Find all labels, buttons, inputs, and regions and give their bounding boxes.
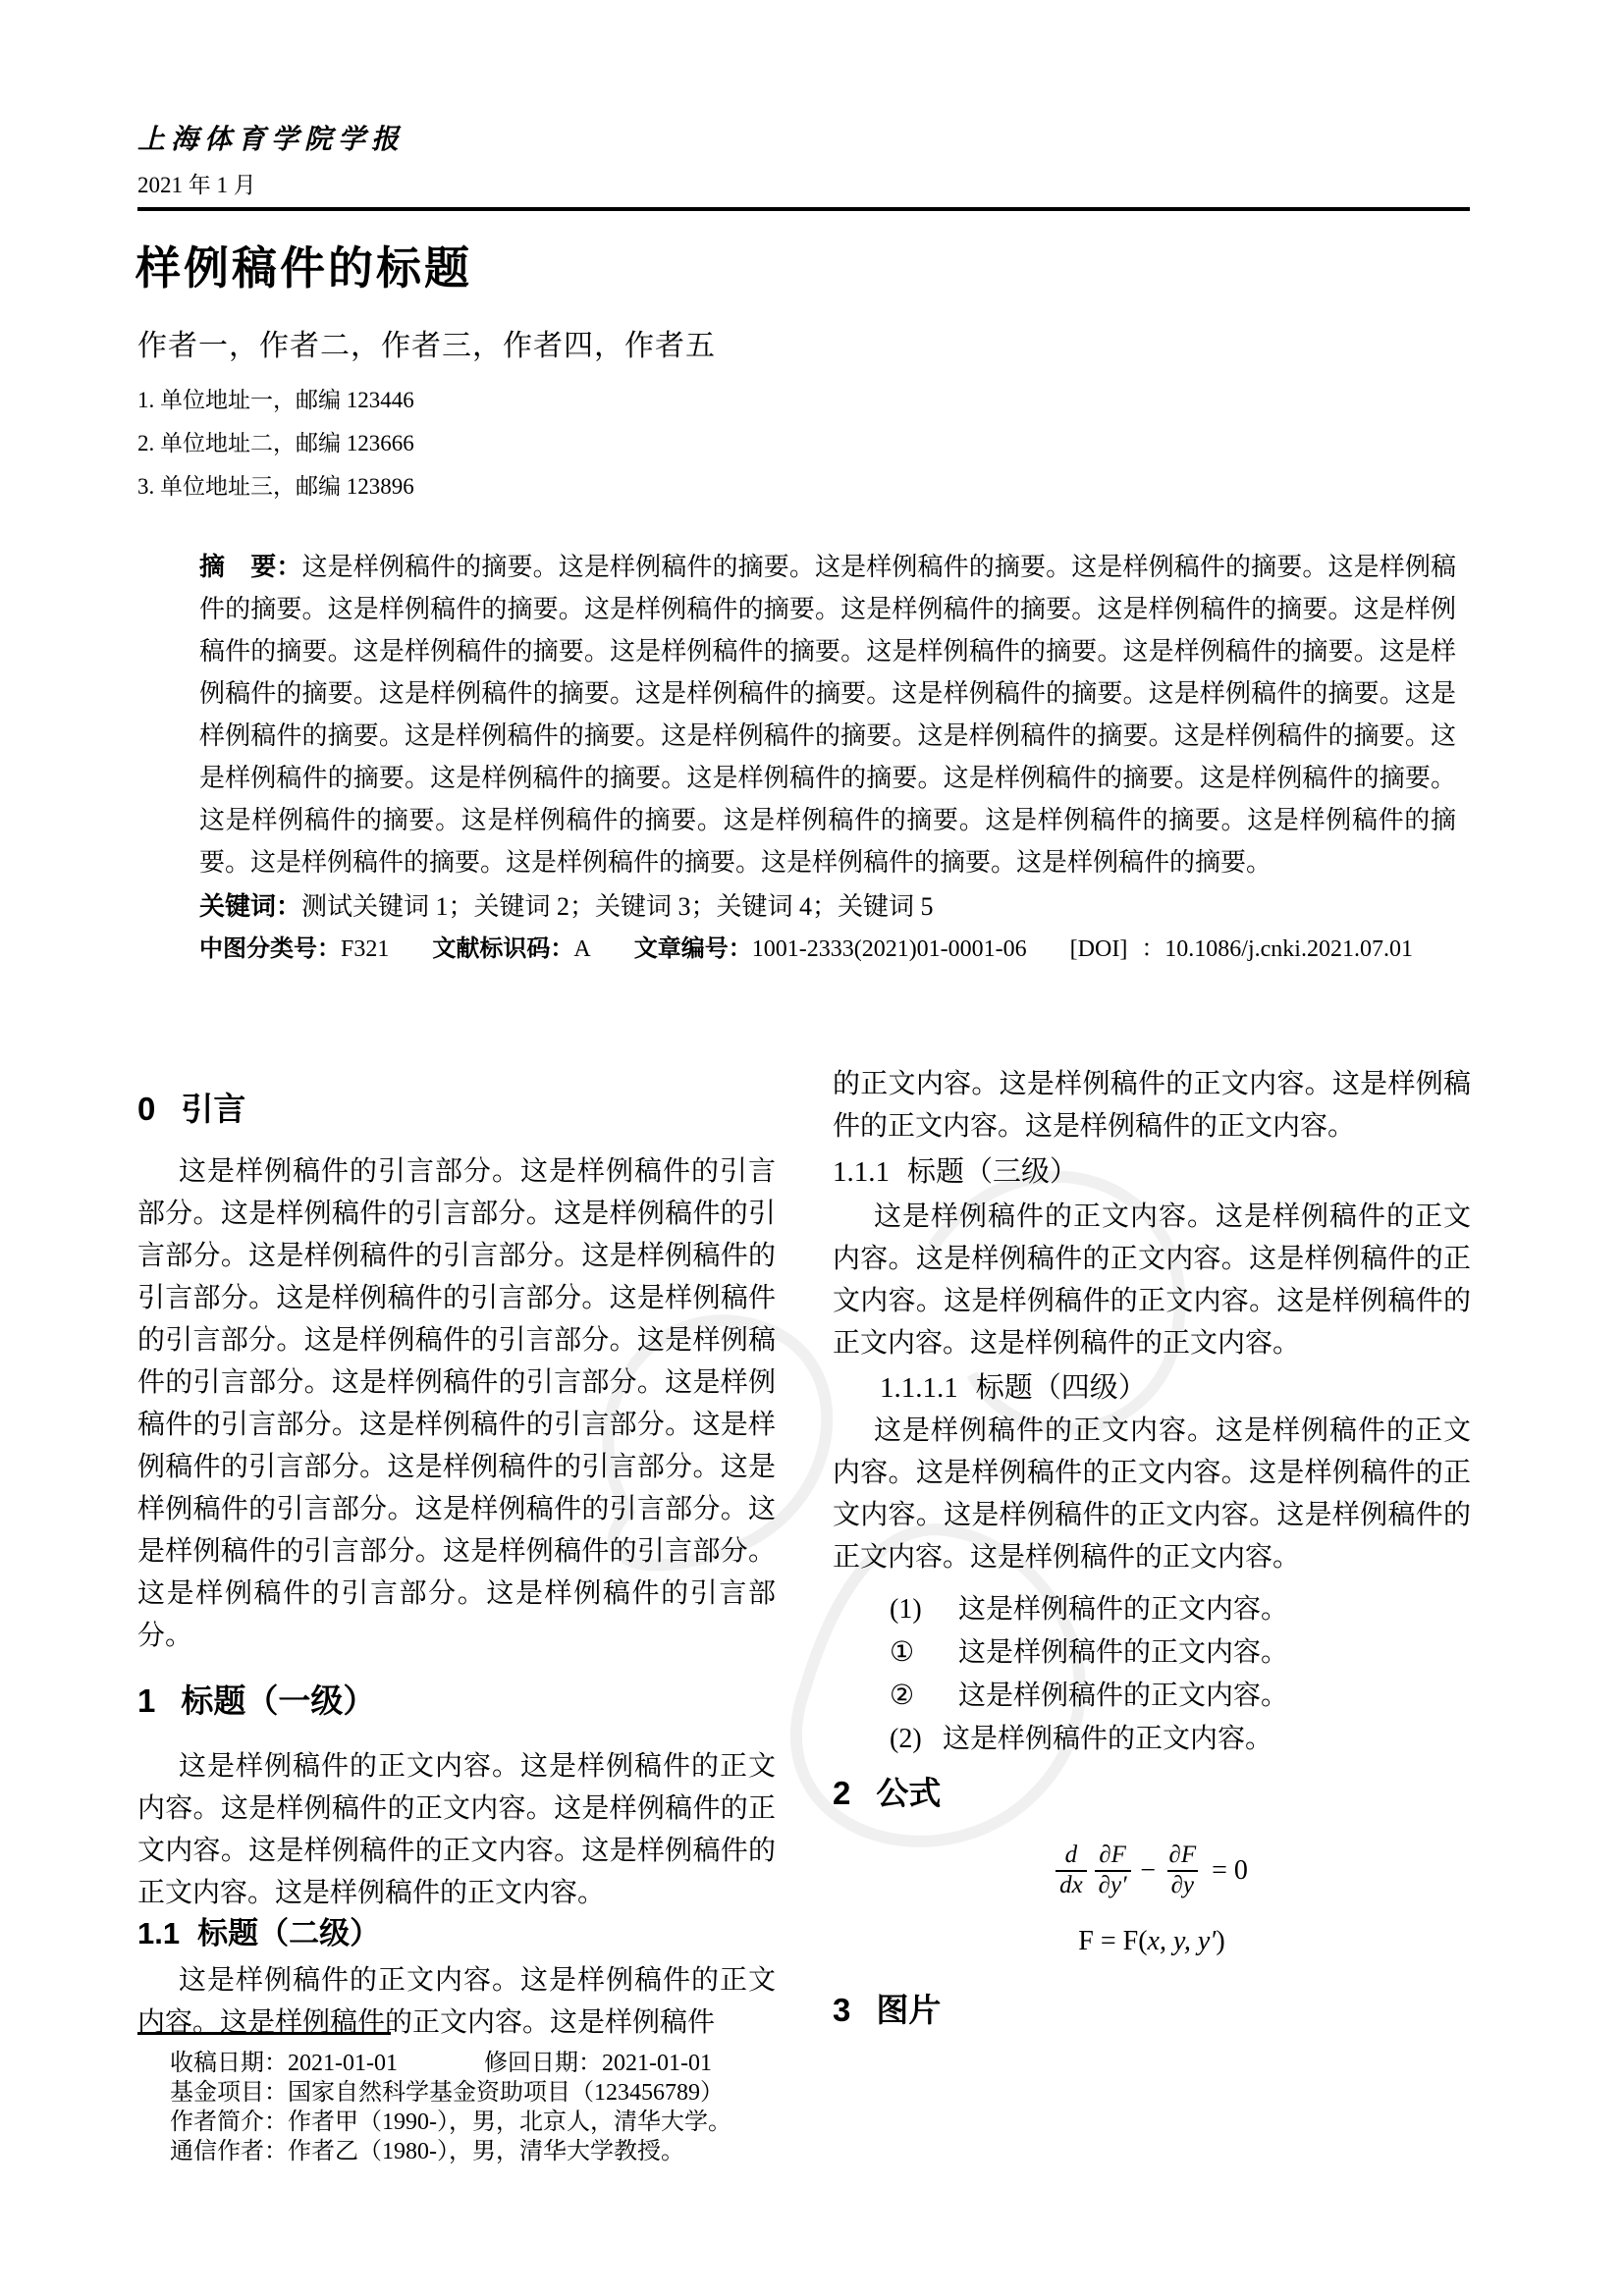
list-item: ②这是样例稿件的正文内容。	[833, 1675, 1471, 1718]
list-marker: ①	[890, 1631, 958, 1675]
doc-code-label: 文献标识码：	[432, 935, 573, 962]
section-heading-3: 3图片	[833, 1990, 1471, 2031]
bio-label: 作者简介：	[170, 2109, 288, 2135]
keywords-line: 关键词：测试关键词 1；关键词 2；关键词 3；关键词 4；关键词 5	[199, 886, 1456, 927]
issue-date: 2021 年 1 月	[137, 171, 256, 200]
section-heading-1-1-1: 1.1.1标题（三级）	[833, 1153, 1471, 1191]
section-1-1-1-1-paragraph: 这是样例稿件的正文内容。这是样例稿件的正文内容。这是样例稿件的正文内容。这是样例…	[833, 1410, 1471, 1578]
column-left: 0引言 这是样例稿件的引言部分。这是样例稿件的引言部分。这是样例稿件的引言部分。…	[137, 1063, 776, 2044]
formula-euler-lagrange: ddx ∂F∂y′ − ∂F∂y = 0	[833, 1842, 1471, 1900]
minus-operator: −	[1139, 1849, 1158, 1892]
footnote-fund: 基金项目：国家自然科学基金资助项目（123456789）	[137, 2078, 805, 2108]
article-no-value: 1001-2333(2021)01-0001-06	[752, 936, 1027, 962]
affiliation-list: 1. 单位地址一，邮编 123446 2. 单位地址二，邮编 123666 3.…	[137, 379, 414, 508]
corresponding-label: 通信作者：	[170, 2139, 288, 2164]
doi-value: ：10.1086/j.cnki.2021.07.01	[1141, 936, 1413, 962]
header-rule	[137, 207, 1470, 211]
fraction: ∂F∂y′	[1095, 1842, 1131, 1900]
intro-paragraph: 这是样例稿件的引言部分。这是样例稿件的引言部分。这是样例稿件的引言部分。这是样例…	[137, 1150, 776, 1657]
corresponding-text: 作者乙（1980-），男，清华大学教授。	[288, 2139, 684, 2164]
section-heading-2: 2公式	[833, 1773, 1471, 1814]
doc-code-value: A	[573, 936, 590, 962]
revised-date: 2021-01-01	[602, 2051, 712, 2076]
list-item: ①这是样例稿件的正文内容。	[833, 1631, 1471, 1675]
bio-text: 作者甲（1990-），男，北京人，清华大学。	[288, 2109, 731, 2135]
section-heading-1-1: 1.1标题（二级）	[137, 1914, 776, 1953]
keywords-label: 关键词：	[199, 891, 301, 921]
abstract-label: 摘 要：	[199, 552, 302, 581]
clc-value: F321	[341, 936, 389, 962]
list-marker: (2)	[890, 1718, 943, 1761]
formula-rhs: = 0	[1212, 1849, 1248, 1892]
fraction: ∂F∂y	[1165, 1842, 1201, 1900]
fund-label: 基金项目：	[170, 2080, 288, 2106]
keywords-text: 测试关键词 1；关键词 2；关键词 3；关键词 4；关键词 5	[301, 892, 934, 921]
abstract-block: 摘 要：这是样例稿件的摘要。这是样例稿件的摘要。这是样例稿件的摘要。这是样例稿件…	[199, 546, 1456, 883]
list-marker: (1)	[890, 1588, 958, 1631]
journal-page: 上海体育学院学报 2021 年 1 月 样例稿件的标题 作者一，作者二，作者三，…	[0, 0, 1624, 2296]
received-label: 收稿日期：	[170, 2051, 288, 2076]
footnote-corresponding: 通信作者：作者乙（1980-），男，清华大学教授。	[137, 2137, 805, 2166]
column-right: 的正文内容。这是样例稿件的正文内容。这是样例稿件的正文内容。这是样例稿件的正文内…	[833, 1063, 1471, 2031]
doi-label: [DOI]	[1070, 936, 1128, 962]
footnote-block: 收稿日期：2021-01-01修回日期：2021-01-01 基金项目：国家自然…	[137, 2032, 805, 2166]
article-no-label: 文章编号：	[634, 935, 752, 962]
list-item: (1)这是样例稿件的正文内容。	[833, 1588, 1471, 1631]
affiliation-line: 2. 单位地址二，邮编 123666	[137, 422, 414, 465]
clc-label: 中图分类号：	[199, 935, 341, 962]
fund-text: 国家自然科学基金资助项目（123456789）	[288, 2080, 724, 2106]
article-title: 样例稿件的标题	[135, 240, 472, 296]
numbered-list: (1)这是样例稿件的正文内容。 ①这是样例稿件的正文内容。 ②这是样例稿件的正文…	[833, 1588, 1471, 1761]
revised-label: 修回日期：	[484, 2051, 602, 2076]
list-text: 这是样例稿件的正文内容。	[958, 1637, 1288, 1668]
footnote-rule	[137, 2032, 391, 2035]
author-line: 作者一，作者二，作者三，作者四，作者五	[137, 326, 716, 367]
section-heading-1: 1标题（一级）	[137, 1681, 776, 1722]
section-heading-0: 0引言	[137, 1089, 776, 1130]
journal-name: 上海体育学院学报	[137, 124, 405, 157]
section-1-1-paragraph-continued: 的正文内容。这是样例稿件的正文内容。这是样例稿件的正文内容。这是样例稿件的正文内…	[833, 1063, 1471, 1148]
affiliation-line: 3. 单位地址三，邮编 123896	[137, 465, 414, 508]
received-date: 2021-01-01	[288, 2051, 398, 2076]
list-marker: ②	[890, 1675, 958, 1718]
section-1-1-1-paragraph: 这是样例稿件的正文内容。这是样例稿件的正文内容。这是样例稿件的正文内容。这是样例…	[833, 1196, 1471, 1364]
affiliation-line: 1. 单位地址一，邮编 123446	[137, 379, 414, 422]
list-item: (2)这是样例稿件的正文内容。	[833, 1718, 1471, 1761]
formula-f-definition: F = F(x, y, y′)	[833, 1920, 1471, 1962]
list-text: 这是样例稿件的正文内容。	[943, 1724, 1272, 1754]
fraction: ddx	[1056, 1842, 1087, 1900]
section-heading-1-1-1-1: 1.1.1.1标题（四级）	[833, 1369, 1471, 1407]
footnote-dates: 收稿日期：2021-01-01修回日期：2021-01-01	[137, 2049, 805, 2078]
section-1-paragraph: 这是样例稿件的正文内容。这是样例稿件的正文内容。这是样例稿件的正文内容。这是样例…	[137, 1745, 776, 1914]
list-text: 这是样例稿件的正文内容。	[958, 1681, 1288, 1711]
footnote-author-bio: 作者简介：作者甲（1990-），男，北京人，清华大学。	[137, 2108, 805, 2137]
classification-line: 中图分类号：F321 文献标识码：A 文章编号：1001-2333(2021)0…	[199, 932, 1466, 967]
list-text: 这是样例稿件的正文内容。	[958, 1594, 1288, 1625]
abstract-text: 这是样例稿件的摘要。这是样例稿件的摘要。这是样例稿件的摘要。这是样例稿件的摘要。…	[199, 553, 1456, 877]
